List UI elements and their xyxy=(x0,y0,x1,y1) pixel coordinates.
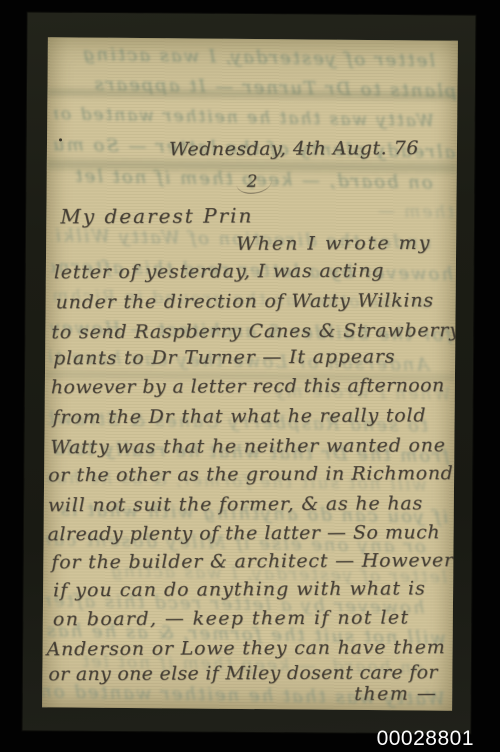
letter-line: however by a letter recd this afternoon xyxy=(51,374,445,398)
letter-text-layer: Wednesday, 4th Augt. 76 2 My dearest Pri… xyxy=(42,37,458,711)
page-number-flourish: 2 xyxy=(237,172,272,194)
letter-line: When I wrote my xyxy=(236,232,431,255)
mount-board: letter of yesterday, I was acting plants… xyxy=(22,12,475,733)
letter-line: letter of yesterday, I was acting xyxy=(54,260,384,284)
catalog-number: 00028801 xyxy=(377,728,474,750)
letter-line: under the direction of Watty Wilkins xyxy=(56,289,434,313)
letter-closing-line: them — xyxy=(354,682,437,704)
letter-line: for the builder & architect — However xyxy=(51,549,454,573)
letter-line: or the other as the ground in Richmond xyxy=(48,462,453,486)
letter-line: to send Raspberry Canes & Strawberry xyxy=(51,319,458,343)
letter-line: from the Dr that what he really told xyxy=(53,404,427,428)
letter-line: plants to Dr Turner — It appears xyxy=(53,345,395,369)
letter-line: already plenty of the latter — So much xyxy=(48,521,441,545)
letter-page: letter of yesterday, I was acting plants… xyxy=(42,37,458,711)
letter-line: or any one else if Miley dosent care for xyxy=(48,661,438,685)
letter-line: if you can do anything with what is xyxy=(53,577,426,601)
letter-line: Watty was that he neither wanted one xyxy=(50,434,446,458)
photograph: letter of yesterday, I was acting plants… xyxy=(0,0,500,752)
letter-line: will not suit the former, & as he has xyxy=(48,492,423,516)
letter-date-line: Wednesday, 4th Augt. 76 xyxy=(169,137,419,160)
letter-line: on board, — keep them if not let xyxy=(53,606,410,630)
letter-salutation: My dearest Prin xyxy=(60,203,253,228)
letter-line: Anderson or Lowe they can have them xyxy=(47,636,446,660)
